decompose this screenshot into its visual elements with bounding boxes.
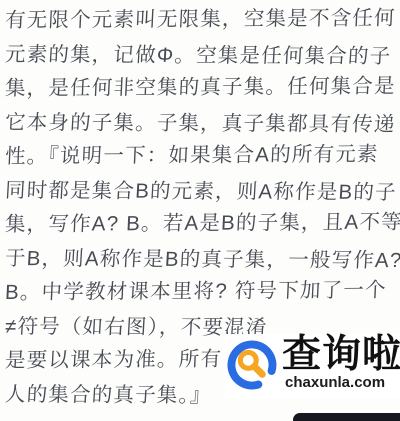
handwritten-line: 集，是任何非空集的真子集。任何集合是 <box>4 70 400 106</box>
handwritten-line: 元素的集，记做Φ。空集是任何集合的子 <box>4 38 400 74</box>
watermark-text-block: 查询啦 chaxunla.com <box>282 334 400 390</box>
handwritten-line: 有无限个元素叫无限集，空集是不含任何 <box>4 2 400 38</box>
handwritten-line: 集，写作A? B。若A是B的子集，且A不等 <box>4 206 400 242</box>
watermark-brand-text: 查询啦 <box>282 334 400 376</box>
handwritten-line: 同时都是集合B的元素，则A称作是B的子 <box>4 174 400 210</box>
bottom-bar <box>293 413 400 421</box>
magnifier-logo-icon <box>224 337 280 393</box>
handwritten-line: 它本身的子集。子集，真子集都具有传递 <box>4 106 400 142</box>
handwritten-page: 有无限个元素叫无限集，空集是不含任何 元素的集，记做Φ。空集是任何集合的子 集，… <box>0 0 400 421</box>
watermark-domain-text: chaxunla.com <box>285 375 400 390</box>
handwritten-line: 于B，则A称作是B的真子集，一般写作A? <box>4 242 400 278</box>
chaxunla-watermark: 查询啦 chaxunla.com <box>224 334 400 398</box>
handwritten-line: 性。『说明一下：如果集合A的所有元素 <box>4 138 400 174</box>
handwritten-line: B。中学教材课本里将? 符号下加了一个 <box>4 274 400 310</box>
